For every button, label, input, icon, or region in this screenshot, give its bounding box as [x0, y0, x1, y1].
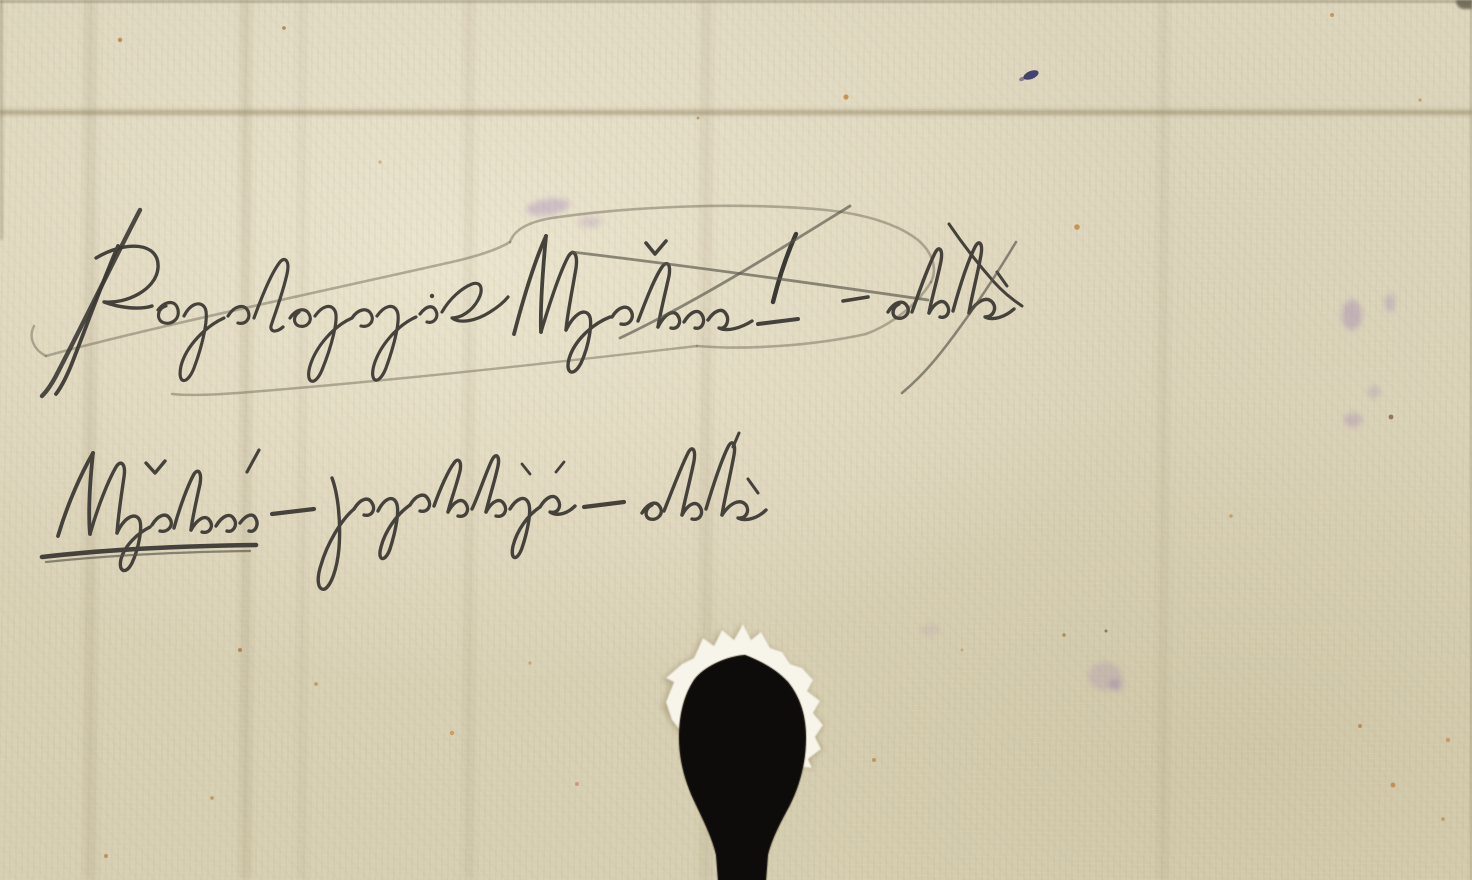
- underline-mysleni: [42, 545, 256, 562]
- word-psychologie: [56, 246, 508, 394]
- dash-after-mysleni: [758, 319, 798, 324]
- mid-dash: [843, 297, 868, 301]
- dash-2: [584, 502, 624, 507]
- handwriting-line-2: [42, 433, 766, 589]
- purple-stains: [525, 196, 1395, 691]
- bold-acute-stroke: [773, 234, 796, 302]
- dash-1: [272, 509, 314, 514]
- handwriting-line-1: [32, 206, 1022, 396]
- crossout-x-studie: [902, 224, 1022, 393]
- lasso-circle: [32, 206, 934, 395]
- torn-hole-opening: [679, 655, 806, 880]
- crossout-stroke: [42, 210, 140, 396]
- scan-artwork: [0, 0, 1472, 880]
- ink-dot: [1018, 68, 1039, 82]
- word-studie: [888, 243, 1014, 319]
- scanned-page: Psychologie Myšlení – – studie Myšlení –…: [0, 0, 1472, 880]
- word-psychologie-2: [318, 456, 575, 589]
- torn-hole: [662, 624, 824, 880]
- word-studie-2: [642, 433, 766, 520]
- crossout-x-mysleni: [572, 206, 928, 338]
